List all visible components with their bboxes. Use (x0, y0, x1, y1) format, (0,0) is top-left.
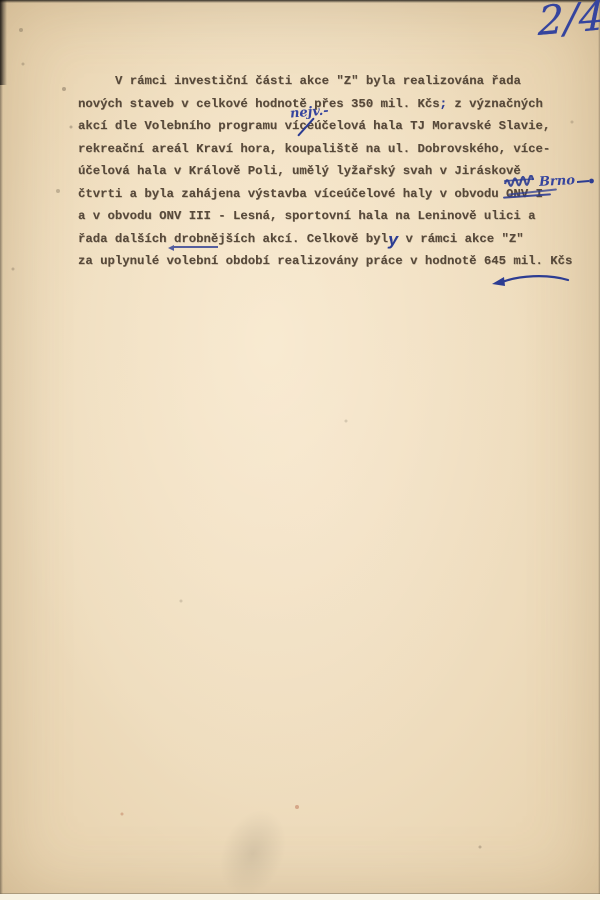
scan-corner-shadow (0, 0, 7, 85)
scan-edge-top (0, 0, 600, 3)
handwritten-district-correction: Brno (503, 174, 595, 189)
ink-left-arrow (492, 272, 572, 294)
pencil-smudge (207, 800, 298, 900)
typed-line: za uplynulé volební období realizovány p… (78, 250, 583, 273)
typed-text-segment: účelová hala v Králově Poli, umělý lyžař… (78, 164, 521, 178)
typed-text-segment: v rámci akce "Z" (398, 232, 523, 246)
typed-text-segment: rekreační areál Kraví hora, koupaliště n… (78, 142, 550, 156)
handwritten-page-number: 2/4 (538, 0, 600, 45)
ink-scribble (503, 175, 537, 189)
paper-specks (0, 0, 2, 2)
typed-text-segment: za uplynulé volební období realizovány p… (78, 254, 572, 268)
typed-text-segment: nových staveb v celkové hodnotě přes 350… (78, 97, 440, 111)
typed-text-segment: z význačných (447, 97, 543, 111)
district-correction-text: Brno (539, 173, 576, 190)
ink-dash-dot (577, 177, 595, 187)
typed-paragraph: V rámci investiční části akce "Z" byla r… (78, 70, 583, 273)
scan-edge-bottom (0, 894, 600, 900)
typed-line: nových staveb v celkové hodnotě přes 350… (78, 93, 583, 116)
typed-text-segment: ; (440, 97, 447, 111)
typed-text-segment: a v obvodu ONV III - Lesná, sportovní ha… (78, 209, 536, 223)
typed-text-segment: V rámci investiční části akce "Z" byla r… (115, 74, 521, 88)
typed-text-segment: jších akcí. Celkově byl (218, 232, 388, 246)
typed-text-segment: čtvrti a byla zahájena výstavba víceúčel… (78, 187, 506, 201)
typed-text-segment: řada dalších (78, 232, 174, 246)
document-scan: 2/4 V rámci investiční části akce "Z" by… (0, 0, 600, 900)
typed-text-segment: akcí dle Volebního programu víceúčelová … (78, 119, 550, 133)
typed-line: V rámci investiční části akce "Z" byla r… (78, 70, 583, 93)
scan-edge-left (0, 0, 3, 900)
typed-line: rekreační areál Kraví hora, koupaliště n… (78, 138, 583, 161)
typed-text-segment: drobně (174, 232, 218, 248)
typed-line: a v obvodu ONV III - Lesná, sportovní ha… (78, 205, 583, 228)
typed-line: řada dalších drobnějších akcí. Celkově b… (78, 228, 583, 251)
typed-line: akcí dle Volebního programu víceúčelová … (78, 115, 583, 138)
